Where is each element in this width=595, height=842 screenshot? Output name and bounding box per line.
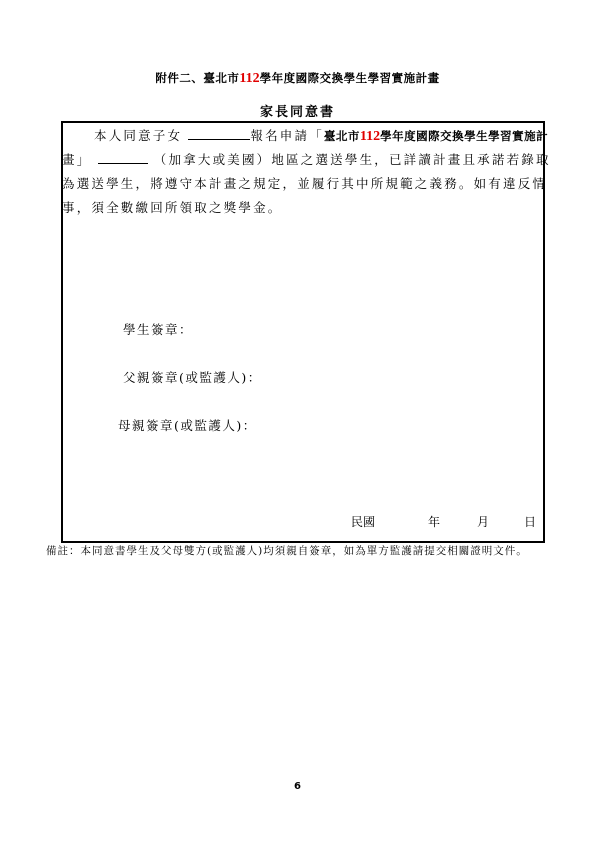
date-year-label: 年	[428, 513, 440, 530]
plan-suffix: 學年度國際交換學生學習實施計	[380, 129, 548, 143]
consent-line-1: 本人同意子女 報名申請「臺北市112學年度國際交換學生學習實施計	[72, 124, 542, 148]
date-era-label: 民國	[351, 513, 375, 530]
plan-year: 112	[360, 129, 380, 144]
date-day-label: 日	[524, 513, 536, 530]
consent-text: 本人同意子女	[94, 128, 182, 143]
subtitle-prefix: 附件二、臺北市	[155, 71, 239, 85]
plan-prefix: 臺北市	[324, 129, 360, 143]
consent-text: 報名申請「	[250, 128, 324, 143]
consent-paragraph: 本人同意子女 報名申請「臺北市112學年度國際交換學生學習實施計 畫」 （加拿大…	[72, 124, 542, 220]
consent-line-2: 畫」 （加拿大或美國）地區之選送學生，已詳讀計畫且承諾若錄取	[62, 148, 542, 172]
plan-name: 臺北市112學年度國際交換學生學習實施計	[324, 129, 548, 143]
page-title: 家長同意書	[0, 101, 595, 120]
consent-line-4: 事，須全數繳回所領取之獎學金。	[62, 196, 542, 220]
consent-text: （加拿大或美國）地區之選送學生，已詳讀計畫且承諾若錄取	[154, 152, 551, 167]
subtitle-suffix: 學年度國際交換學生學習實施計畫	[260, 71, 440, 85]
consent-line-3: 為選送學生，將遵守本計畫之規定，並履行其中所規範之義務。如有違反情	[62, 172, 542, 196]
date-month-label: 月	[477, 513, 489, 530]
student-signature-label: 學生簽章：	[123, 320, 193, 338]
page-number: 6	[0, 781, 595, 792]
father-signature-label: 父親簽章(或監護人)：	[123, 368, 262, 386]
child-name-blank[interactable]	[188, 125, 250, 140]
mother-signature-label: 母親簽章(或監護人)：	[118, 416, 257, 434]
region-blank[interactable]	[98, 149, 148, 164]
footnote: 備註：本同意書學生及父母雙方(或監護人)均須親自簽章，如為單方監護請提交相關證明…	[46, 543, 528, 558]
document-subtitle: 附件二、臺北市112學年度國際交換學生學習實施計畫	[0, 70, 595, 87]
consent-text: 畫」	[62, 152, 91, 167]
subtitle-year: 112	[239, 71, 259, 86]
